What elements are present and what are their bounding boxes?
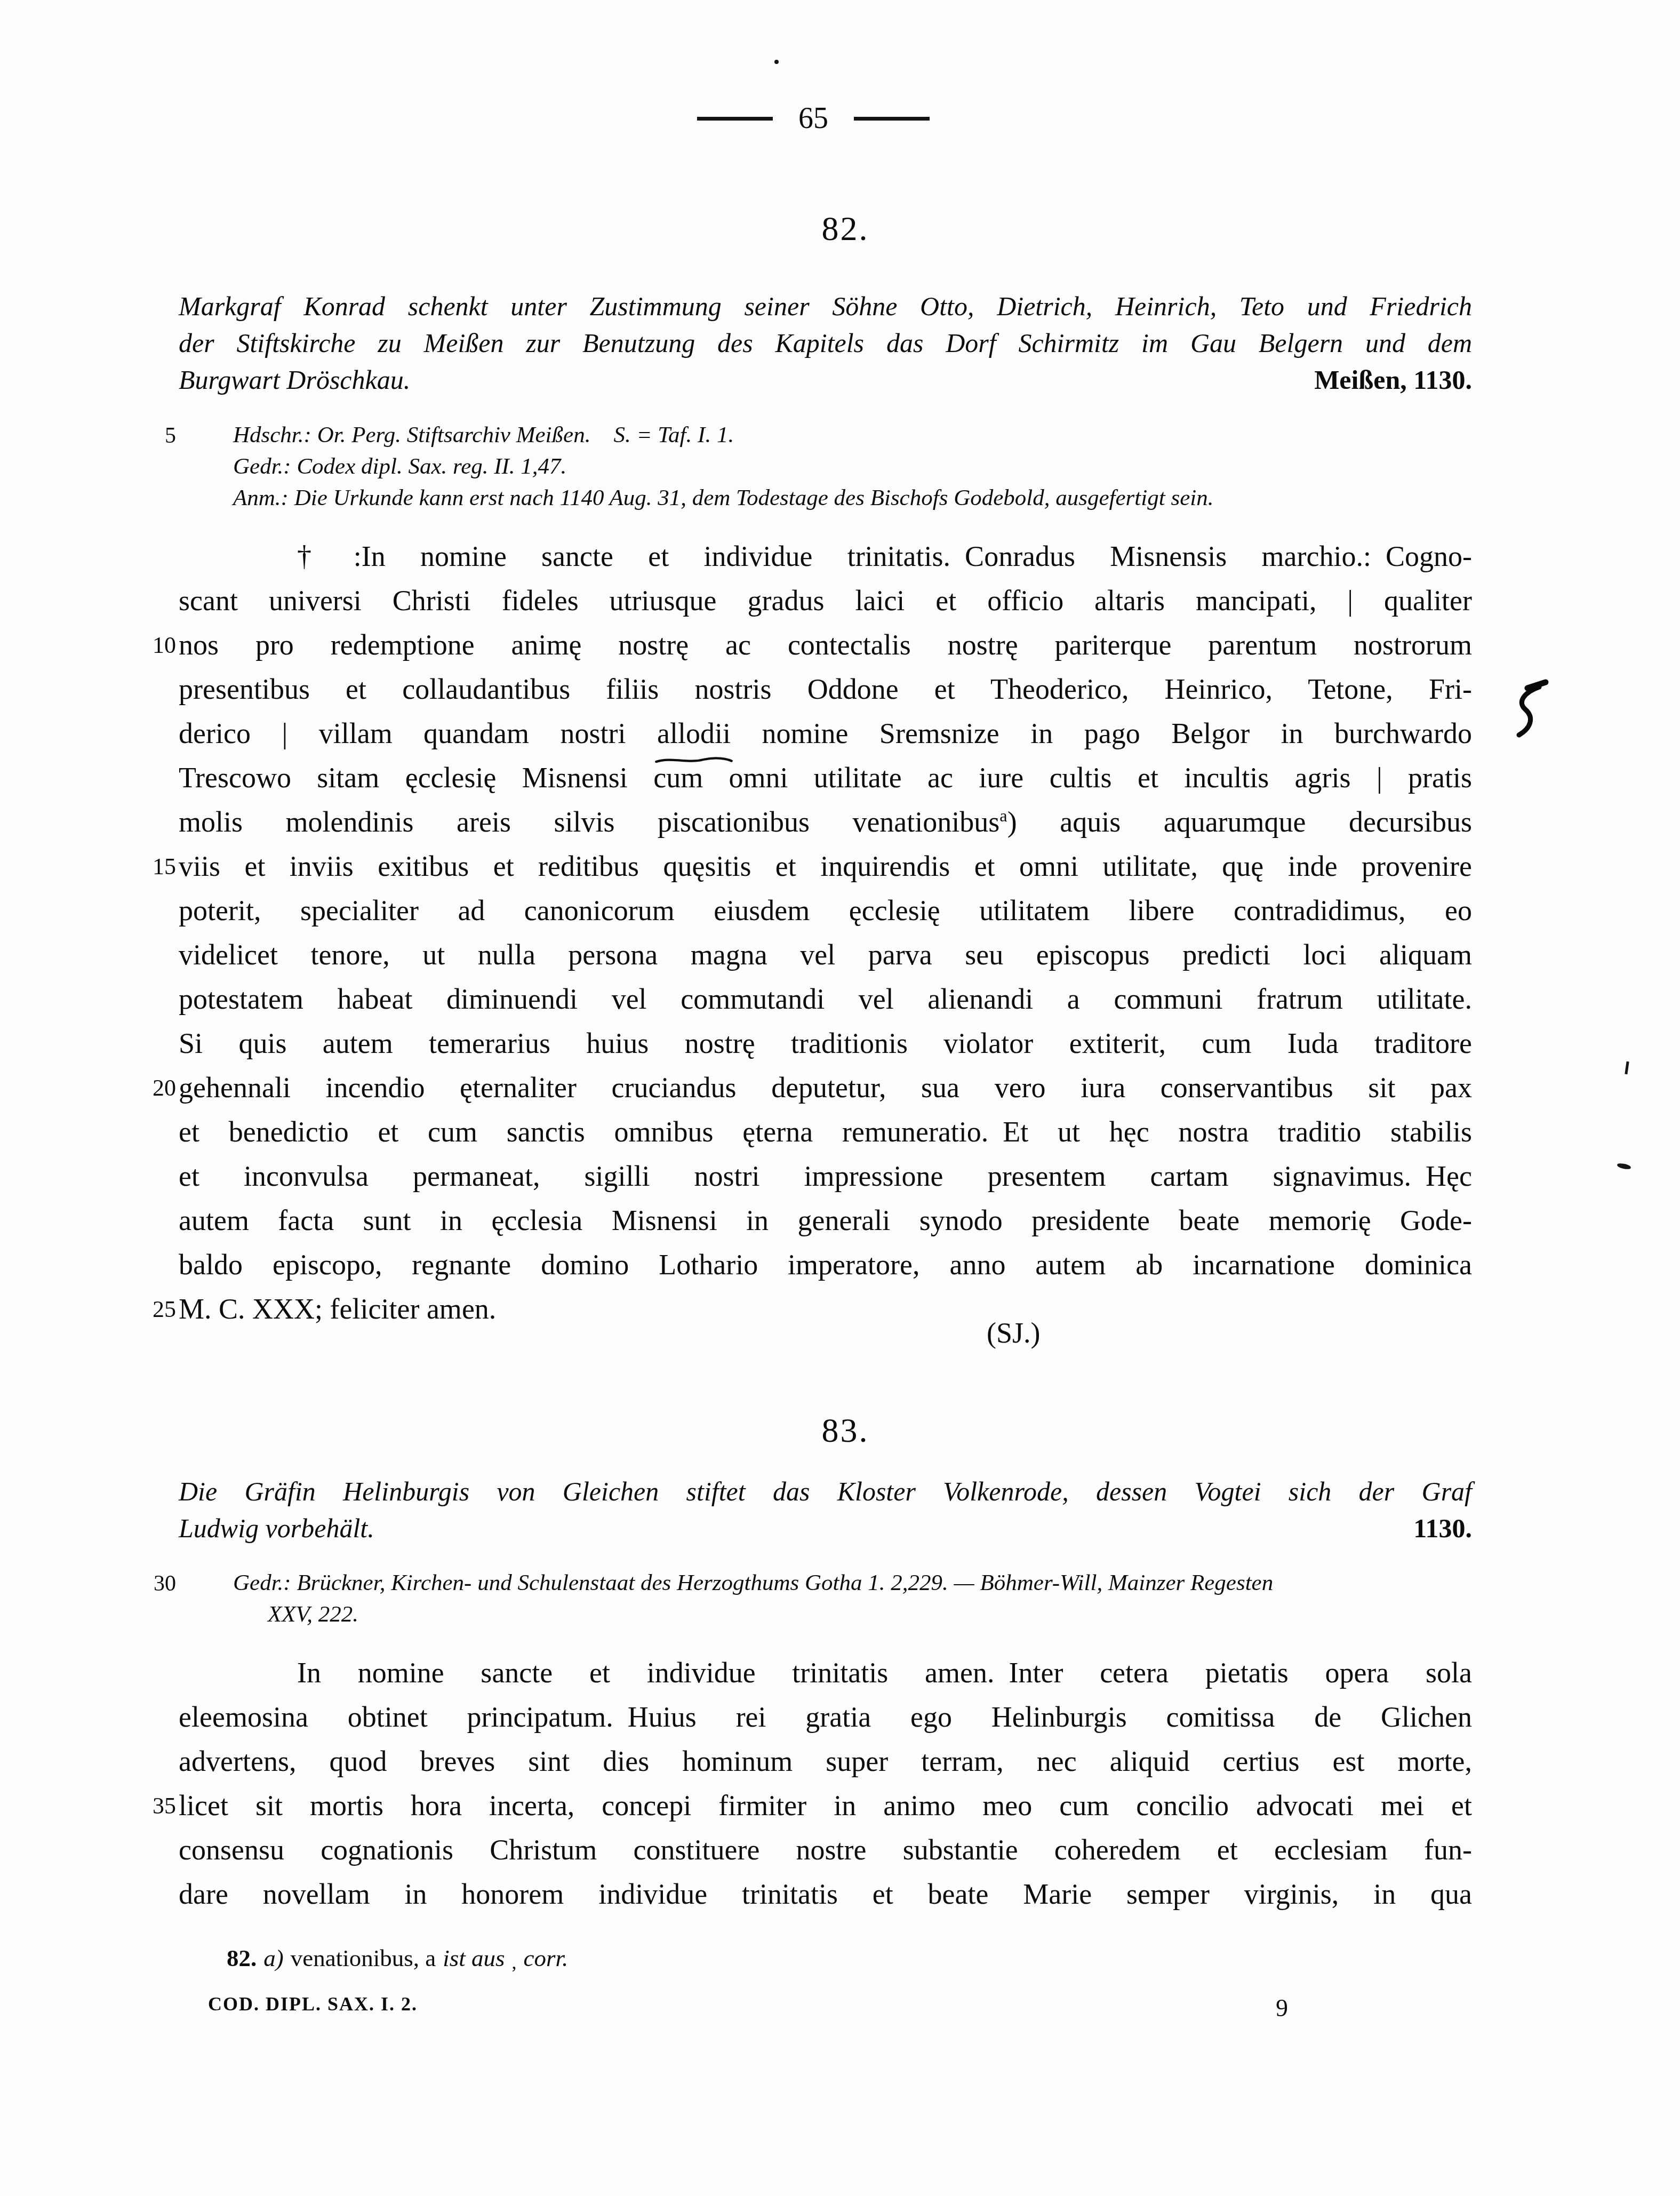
footnote-mark: ,	[511, 1951, 516, 1974]
footnote-corr: corr.	[523, 1945, 568, 1971]
footnote-lemma: venationibus, a	[291, 1945, 436, 1971]
body-line: viis et inviis exitibus et reditibus quę…	[179, 844, 1472, 889]
scanned-book-page: 65 82. Markgraf Konrad schenkt unter Zus…	[0, 0, 1680, 2196]
page-header: 65	[659, 101, 968, 135]
body-line: videlicet tenore, ut nulla persona magna…	[179, 933, 1472, 977]
ink-speck	[1617, 1162, 1631, 1170]
body-text: ) aquis aquarumque decursibus	[1007, 806, 1472, 838]
footnote-82: 82.a)venationibus, aist aus,corr.	[227, 1944, 568, 1972]
body-line: dare novellam in honorem individue trini…	[179, 1872, 1472, 1916]
line-number-15: 15	[128, 844, 176, 889]
body-line: nos pro redemptione animę nostrę ac cont…	[179, 623, 1472, 667]
body-line: licet sit mortis hora incerta, concepi f…	[179, 1784, 1472, 1828]
regest-line: der Stiftskirche zu Meißen zur Benutzung…	[179, 325, 1472, 362]
line-number-10: 10	[128, 623, 176, 667]
regest-line: Markgraf Konrad schenkt unter Zustimmung…	[179, 288, 1472, 325]
footnote-number: 82.	[227, 1945, 257, 1971]
body-line: scant universi Christi fideles utriusque…	[179, 579, 1472, 623]
doc83-regest: Die Gräfin Helinburgis von Gleichen stif…	[179, 1473, 1472, 1547]
doc82-body: † :In nomine sancte et individue trinita…	[179, 534, 1472, 1331]
header-rule-left	[697, 117, 773, 121]
body-line: Trescowo sitam ęcclesię Misnensi cum omn…	[179, 756, 1472, 800]
body-line: M. C. XXX; feliciter amen.	[179, 1287, 1472, 1331]
body-line: et inconvulsa permaneat, sigilli nostri …	[179, 1154, 1472, 1199]
line-number-5: 5	[128, 420, 176, 452]
footnote-letter: a)	[263, 1945, 284, 1971]
allodii-underline	[654, 755, 734, 764]
ink-speck	[1625, 1061, 1629, 1074]
body-line: potestatem habeat diminuendi vel commuta…	[179, 977, 1472, 1021]
body-line: advertens, quod breves sint dies hominum…	[179, 1739, 1472, 1784]
body-text: nomine Sremsnize in pago Belgor in burch…	[731, 717, 1472, 749]
body-line: molis molendinis areis silvis piscationi…	[179, 800, 1472, 844]
body-line: et benedictio et cum sanctis omnibus ęte…	[179, 1110, 1472, 1154]
regest-line: Die Gräfin Helinburgis von Gleichen stif…	[179, 1473, 1472, 1510]
body-line: In nomine sancte et individue trinitatis…	[179, 1651, 1472, 1695]
regest-line-end: Burgwart Dröschkau.	[179, 362, 410, 398]
regest-line-end: Ludwig vorbehält.	[179, 1510, 374, 1547]
source-line-anm: Anm.: Die Urkunde kann erst nach 1140 Au…	[233, 482, 1470, 514]
series-sigla: COD. DIPL. SAX. I. 2.	[208, 1993, 418, 2015]
line-number-30: 30	[128, 1568, 176, 1600]
doc83-body: In nomine sancte et individue trinitatis…	[179, 1651, 1472, 1916]
ink-speck	[774, 60, 779, 64]
body-text: derico | villam quandam nostri	[179, 717, 657, 749]
doc82-number: 82.	[179, 209, 1472, 249]
body-line: Si quis autem temerarius huius nostrę tr…	[179, 1021, 1472, 1066]
regest-line: Ludwig vorbehält. 1130.	[179, 1510, 1472, 1547]
line-number-35: 35	[128, 1784, 176, 1828]
line-number-20: 20	[128, 1066, 176, 1110]
header-rule-right	[854, 117, 930, 121]
body-line: gehennali incendio ęternaliter cruciandu…	[179, 1066, 1472, 1110]
body-text: molis molendinis areis silvis piscationi…	[179, 806, 999, 838]
body-line: eleemosina obtinet principatum. Huius re…	[179, 1695, 1472, 1739]
footnote-text: ist aus	[443, 1945, 505, 1971]
page-number: 65	[798, 101, 828, 135]
sheet-number: 9	[1276, 1994, 1288, 2022]
doc83-date: 1130.	[1413, 1510, 1472, 1547]
body-line: autem facta sunt in ęcclesia Misnensi in…	[179, 1199, 1472, 1243]
source-line-gedr: Gedr.: Brückner, Kirchen- und Schulensta…	[233, 1567, 1470, 1599]
body-line: presentibus et collaudantibus filiis nos…	[179, 667, 1472, 712]
line-number-25: 25	[128, 1287, 176, 1331]
body-line: consensu cognationis Christum constituer…	[179, 1828, 1472, 1872]
source-line-gedr: Gedr.: Codex dipl. Sax. reg. II. 1,47.	[233, 451, 1470, 482]
body-line: poterit, specialiter ad canonicorum eius…	[179, 889, 1472, 933]
body-line: † :In nomine sancte et individue trinita…	[179, 534, 1472, 579]
doc82-place-date: Meißen, 1130.	[1314, 362, 1472, 398]
source-line-continued: XXV, 222.	[233, 1599, 1470, 1630]
doc83-number: 83.	[179, 1411, 1472, 1450]
handwritten-s-mark	[1504, 678, 1549, 742]
doc82-sources: Hdschr.: Or. Perg. Stiftsarchiv Meißen. …	[233, 419, 1470, 514]
footnote-marker-a: a	[999, 806, 1007, 826]
source-line-hdschr: Hdschr.: Or. Perg. Stiftsarchiv Meißen. …	[233, 419, 1470, 451]
allodii-word: allodii	[657, 712, 731, 756]
doc82-signature: (SJ.)	[987, 1316, 1041, 1349]
body-line: baldo episcopo, regnante domino Lothario…	[179, 1243, 1472, 1287]
doc83-sources: Gedr.: Brückner, Kirchen- und Schulensta…	[233, 1567, 1470, 1630]
regest-line: Burgwart Dröschkau. Meißen, 1130.	[179, 362, 1472, 398]
doc82-regest: Markgraf Konrad schenkt unter Zustimmung…	[179, 288, 1472, 398]
body-line: derico | villam quandam nostri allodii n…	[179, 712, 1472, 756]
body-text: allodii	[657, 717, 731, 749]
